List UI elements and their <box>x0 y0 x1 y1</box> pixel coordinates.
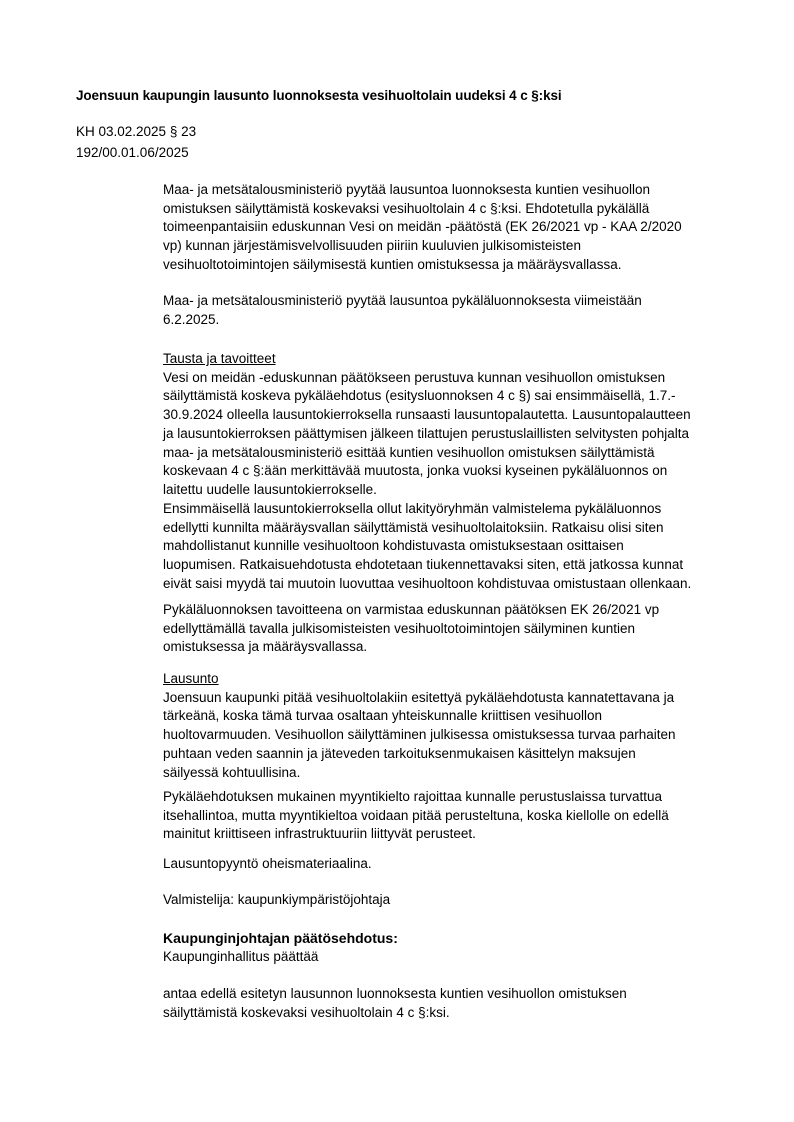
deadline-paragraph: Maa- ja metsätalousministeriö pyytää lau… <box>163 292 748 329</box>
text-line: laitettu uudelle lausuntokierrokselle. <box>163 481 748 500</box>
text-line: vp) kunnan järjestämisvelvollisuuden pii… <box>163 237 748 256</box>
text-line: Pykäläluonnoksen tavoitteena on varmista… <box>163 601 748 620</box>
text-line: puhtaan veden saannin ja jäteveden tarko… <box>163 745 748 764</box>
document-title: Joensuun kaupungin lausunto luonnoksesta… <box>76 88 562 103</box>
text-line: säilyttämistä koskeva pykäläehdotus (esi… <box>163 387 748 406</box>
text-line: koskevaan 4 c §:ään merkittävää muutosta… <box>163 462 748 481</box>
text-line: itsehallintoa, mutta myyntikieltoa voida… <box>163 807 748 826</box>
text-line: Joensuun kaupunki pitää vesihuoltolakiin… <box>163 689 748 708</box>
text-line: edellytti kunnilta määräysvallan säilytt… <box>163 519 748 538</box>
text-line: mahdollistanut kunnille vesihuoltoon koh… <box>163 537 748 556</box>
meeting-reference: KH 03.02.2025 § 23 <box>76 124 196 139</box>
text-line: huoltovarmuuden. Vesihuollon säilyttämin… <box>163 726 748 745</box>
text-line: Pykäläehdotuksen mukainen myyntikielto r… <box>163 788 748 807</box>
text-line: säilyessä kohtuullisina. <box>163 764 748 783</box>
text-line: toimeenpantaisiin eduskunnan Vesi on mei… <box>163 218 748 237</box>
text-line: ja lausuntokierroksen päättymisen jälkee… <box>163 425 748 444</box>
background-section: Tausta ja tavoitteet Vesi on meidän -edu… <box>163 350 748 500</box>
text-line: Valmistelija: kaupunkiympäristöjohtaja <box>163 891 748 910</box>
text-line: omistuksessa ja määräysvallassa. <box>163 638 748 657</box>
text-line: eivät saisi myydä tai muutoin luovuttaa … <box>163 575 748 594</box>
text-line: luopumisen. Ratkaisuehdotusta ehdotetaan… <box>163 556 748 575</box>
preparer: Valmistelija: kaupunkiympäristöjohtaja <box>163 891 748 910</box>
statement-paragraph-2: Pykäläehdotuksen mukainen myyntikielto r… <box>163 788 748 844</box>
text-line: Maa- ja metsätalousministeriö pyytää lau… <box>163 292 748 311</box>
background-paragraph-2: Ensimmäisellä lausuntokierroksella ollut… <box>163 500 748 594</box>
text-line: antaa edellä esitetyn lausunnon luonnoks… <box>163 985 748 1004</box>
text-line: Maa- ja metsätalousministeriö pyytää lau… <box>163 181 748 200</box>
record-number: 192/00.01.06/2025 <box>76 145 189 160</box>
text-line: mainitut kriittiseen infrastruktuuriin l… <box>163 825 748 844</box>
background-heading: Tausta ja tavoitteet <box>163 350 748 369</box>
text-line: edellyttämällä tavalla julkisomisteisten… <box>163 620 748 639</box>
statement-heading: Lausunto <box>163 670 748 689</box>
text-line: vesihuoltotoimintojen säilymisestä kunti… <box>163 256 748 275</box>
background-paragraph-3: Pykäläluonnoksen tavoitteena on varmista… <box>163 601 748 657</box>
text-line: 6.2.2025. <box>163 311 748 330</box>
proposal-section: Kaupunginjohtajan päätösehdotus: Kaupung… <box>163 929 748 966</box>
proposal-text: antaa edellä esitetyn lausunnon luonnoks… <box>163 985 748 1022</box>
text-line: 30.9.2024 olleella lausuntokierroksella … <box>163 406 748 425</box>
statement-section: Lausunto Joensuun kaupunki pitää vesihuo… <box>163 670 748 782</box>
proposal-heading: Kaupunginjohtajan päätösehdotus: <box>163 929 748 948</box>
intro-paragraph: Maa- ja metsätalousministeriö pyytää lau… <box>163 181 748 275</box>
attachment-note: Lausuntopyyntö oheismateriaalina. <box>163 855 748 874</box>
text-line: Vesi on meidän -eduskunnan päätökseen pe… <box>163 369 748 388</box>
text-line: omistuksen säilyttämistä koskevaksi vesi… <box>163 200 748 219</box>
text-line: maa- ja metsätalousministeriö esittää ku… <box>163 444 748 463</box>
text-line: säilyttämistä koskevaksi vesihuoltolain … <box>163 1004 748 1023</box>
proposal-intro: Kaupunginhallitus päättää <box>163 948 748 967</box>
text-line: tärkeänä, koska tämä turvaa osaltaan yht… <box>163 707 748 726</box>
text-line: Ensimmäisellä lausuntokierroksella ollut… <box>163 500 748 519</box>
text-line: Lausuntopyyntö oheismateriaalina. <box>163 855 748 874</box>
